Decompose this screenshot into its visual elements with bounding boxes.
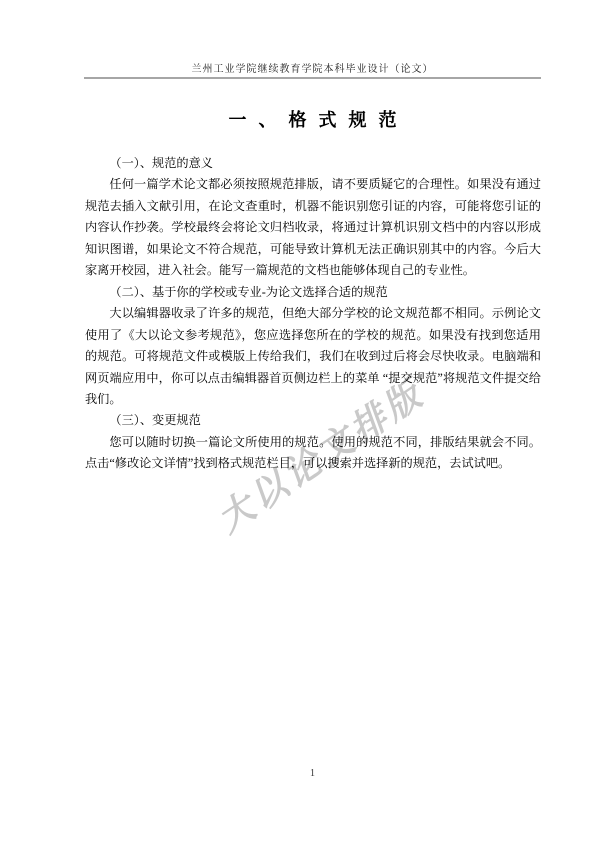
section-3-heading: （三）、变更规范 <box>85 410 541 431</box>
chapter-title: 一、格式规范 <box>84 106 541 132</box>
page-number: 1 <box>84 768 541 779</box>
header-rule <box>84 77 541 79</box>
section-1-paragraph: 任何一篇学术论文都必须按照规范排版，请不要质疑它的合理性。如果没有通过规范去插入… <box>85 174 541 281</box>
section-1-heading: （一）、规范的意义 <box>85 153 541 174</box>
section-3-paragraph: 您可以随时切换一篇论文所使用的规范。使用的规范不同，排版结果就会不同。点击“修改… <box>85 432 541 475</box>
section-2-heading: （二）、基于你的学校或专业-为论文选择合适的规范 <box>85 282 541 303</box>
section-2-paragraph: 大以编辑器收录了许多的规范，但绝大部分学校的论文规范都不相同。示例论文使用了《大… <box>85 303 541 410</box>
body-text: （一）、规范的意义 任何一篇学术论文都必须按照规范排版，请不要质疑它的合理性。如… <box>85 153 541 475</box>
document-page: 兰州工业学院继续教育学院本科毕业设计（论文） 一、格式规范 大以论文排版 （一）… <box>0 0 595 842</box>
running-header: 兰州工业学院继续教育学院本科毕业设计（论文） <box>84 60 541 75</box>
